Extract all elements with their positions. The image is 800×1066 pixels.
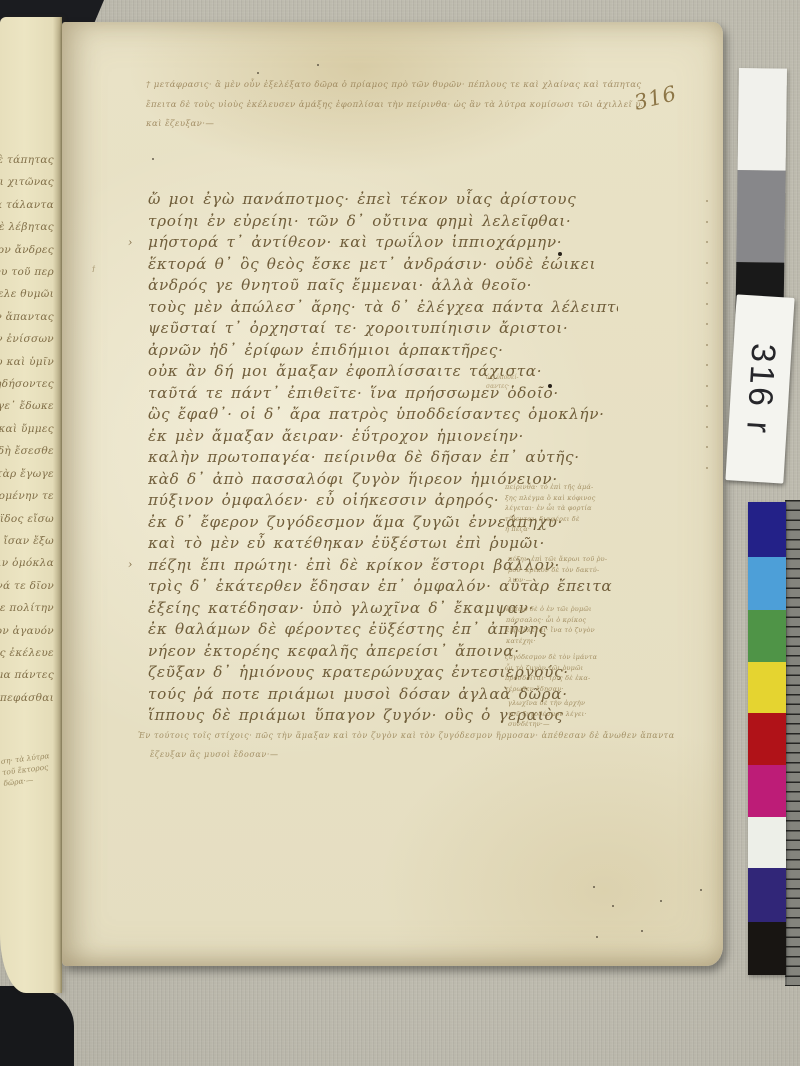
folio-label-text: 316 r [738,342,783,437]
folio-page: † μετάφρασις· ἃ μὲν οὖν ἐξελέξατο δῶρα ὁ… [62,22,723,966]
pricking-hole [706,385,708,387]
marginal-scholion: πέζηι· ἐπὶ τῶι ἄκρωι τοῦ ῥυ-μοῦ· κρίκον … [508,554,650,586]
text-line-fragment: δὲ τάπητας [0,149,54,171]
scholion-line: λιον·— [508,575,650,586]
marginal-scholion: πείρινθα· τὸ ἐπὶ τῆς ἁμά-ξης πλέγμα ὃ κα… [505,482,647,535]
text-line-fragment: ἤθελε θυμῶι [0,283,54,305]
bottom-scholia: Ἐν τούτοις τοῖς στίχοις· πῶς τὴν ἅμαξαν … [138,726,678,764]
header-scholia-line: † μετάφρασις· ἃ μὲν οὖν ἐξελέξατο δῶρα ὁ… [146,76,642,96]
pricking-hole [706,262,708,264]
verse-line: ἕκτορά θ᾽ ὃς θεὸς ἔσκε μετ᾽ ἀνδράσιν· οὐ… [148,254,618,276]
header-scholia: † μετάφρασις· ἃ μὲν οὖν ἐξελέξατο δῶρα ὁ… [146,76,646,135]
pricking-hole [706,467,708,469]
calibration-patch-magenta [748,765,786,817]
ink-speck [596,936,598,938]
text-line-fragment: σεσθε καὶ ὔμμες [0,418,54,440]
verse-line: καλὴν πρωτοπαγέα· πείρινθα δὲ δῆσαν ἐπ᾽ … [148,447,618,469]
scholion-line: ἐμβάλλεται· ἵνα τὸ ζυγὸν [506,625,648,636]
ink-dot [548,384,552,388]
text-line-fragment: κεραϊζομένην τε [0,485,54,507]
text-line-fragment: ἀγάθωνά τε δῖον [0,575,54,597]
side-note-line: ὡς ὑποδεί- [486,373,519,382]
text-line-fragment: οὐδέ νυ τοῦ περ [0,261,54,283]
pricking-hole [706,221,708,223]
ink-speck [660,900,662,902]
interlinear-side-note: ὡς ὑποδεί- σαντες· [486,373,519,391]
verse-line: μήστορά τ᾽ ἀντίθεον· καὶ τρωΐλον ἱππιοχά… [148,232,618,254]
text-line-fragment: αὐτὰρ ἔγωγε [0,463,54,485]
verse-line: ὤ μοι ἐγὼ πανάποτμος· ἐπεὶ τέκον υἷας ἀρ… [148,189,618,211]
scholion-line: κατέχηι· [506,636,648,647]
text-line-fragment: δὲ λέβητας [0,216,54,238]
verse-line: ἀνδρός γε θνητοῦ παῖς ἔμμεναι· ἀλλὰ θεοῖ… [148,275,618,297]
side-note-line: σαντες· [486,382,519,391]
scholion-line: ἕστωρ δὲ ὁ ἐν τῶι ῥυμῶι [506,604,648,615]
scholion-line: γλωχῖνα δὲ τὴν ἀρχὴν [508,698,650,709]
bottom-scholia-line: ἔζευξαν ἃς μυσοὶ ἔδοσαν·— [150,745,678,764]
calibration-patch-green [748,610,786,662]
text-line-fragment: ἄλγε᾽ ἔδωκε [0,395,54,417]
ink-speck [593,886,595,888]
pricking-hole [706,200,708,202]
calibration-patch-black [748,922,786,975]
calibration-patch-yellow [748,662,786,713]
text-line-fragment: οἳ δ᾽ ἴσαν ἔξω [0,530,54,552]
scholion-line: πάσσαλος· ὧι ὁ κρίκος [506,615,648,626]
text-line-fragment: κηδήσοντες [0,373,54,395]
calibration-patch-white [738,68,787,171]
bottom-scholia-line: Ἐν τούτοις τοῖς στίχοις· πῶς τὴν ἅμαξαν … [138,726,678,745]
text-line-fragment: υἱάσιν οἷσιν ὁμόκλα [0,552,54,574]
scholion-line: λέγεται· ἐν ὧι τὰ φορτία [505,503,647,514]
scholion-line: τοῦ ζυγοδέσμου λέγει· [508,709,650,720]
calibration-patch-gray [736,170,785,263]
quire-mark: ϯ [92,264,95,275]
pricking-hole [706,323,708,325]
pricking-hole [706,303,708,305]
verse-line: ὣς ἔφαθ᾽· οἱ δ᾽ ἄρα πατρὸς ὑποδδείσαντες… [148,404,618,426]
text-line-fragment: οὔ νυ καὶ ὑμῖν [0,351,54,373]
header-scholia-line: καὶ ἔζευξαν·— [146,115,642,135]
pricking-hole [706,405,708,407]
verse-line: τροίηι ἐν εὐρείηι· τῶν δ᾽ οὔτινα φημὶ λε… [148,211,618,233]
pricking-hole [706,426,708,428]
verse-line: ψεῦσταί τ᾽ ὀρχησταί τε· χοροιτυπίηισιν ἄ… [148,318,618,340]
ink-speck [317,64,319,66]
scholion-line: ἡ πέζα· [505,524,647,535]
marginal-scholion: ζυγόδεσμον δὲ τὸν ἱμάνταὧι τὸ ζυγὸν τῶι … [505,652,647,694]
manuscript-photo: δὲ τάπηταςτοῖσι χιτῶναςπάντα τάλανταδὲ λ… [0,0,800,1066]
calibration-patch-dark-blue [748,502,786,557]
margin-mark: › [128,236,132,249]
folio-label-tag: 316 r [725,294,794,483]
text-line-fragment: μὲν ἅπαντας [0,306,54,328]
previous-page-text: δὲ τάπηταςτοῖσι χιτῶναςπάντα τάλανταδὲ λ… [0,149,54,717]
text-line-fragment: βοὴν ἀγαθόν τε πολίτην [0,597,54,619]
scholion-line: πείρινθα· τὸ ἐπὶ τῆς ἁμά- [505,482,647,493]
scholion-line: τίθενται· διαφέρει δὲ [505,514,647,525]
binding-shadow-bottom [0,986,74,1066]
pricking-hole [706,344,708,346]
verse-line: καὶ τὸ μὲν εὖ κατέθηκαν ἐϋξέστωι ἐπὶ ῥυμ… [148,533,618,555]
ink-speck [152,158,154,160]
text-line-fragment: τοῖσι χιτῶνας [0,171,54,193]
scholion-line: πέζηι· ἐπὶ τῶι ἄκρωι τοῦ ῥυ- [508,554,650,565]
calibration-patch-indigo [748,868,786,922]
text-line-fragment: ὁμοκλήσας ἐκέλευε [0,642,54,664]
scholion-line: προσδεῖται· τρὶς δὲ ἑκα- [505,673,647,684]
text-line-fragment: θοῆις ἐπὶ νηυσὶ πεφάσθαι [0,687,54,709]
text-line-fragment: κατηφόνες· αἴθ᾽ ἅμα πάντες [0,664,54,686]
scholion-line: μοῦ· κρίκον δὲ τὸν δακτύ- [508,565,650,576]
text-line-fragment: σιν ἐνίσσων [0,328,54,350]
calibration-patch-red [748,713,786,765]
marginal-scholion: γλωχῖνα δὲ τὴν ἀρχὴντοῦ ζυγοδέσμου λέγει… [508,698,650,730]
ink-speck [700,889,702,891]
pricking-hole [706,446,708,448]
text-line-fragment: καὶ δῖον ἀγαυόν [0,620,54,642]
text-line-fragment: σιν δὴ ἔσεσθε [0,440,54,462]
pricking-hole [706,241,708,243]
pricking-hole [706,282,708,284]
previous-page-corner-note: ση· τὰ λύτρα τοῦ ἕκτορος δῶρα·— [0,750,53,789]
text-line-fragment: δόμον ἄϊδος εἴσω [0,508,54,530]
header-scholia-line: ἔπειτα δὲ τοὺς υἱοὺς ἐκέλευσεν ἁμάξης ἐφ… [146,96,642,116]
text-line-fragment: πάντα τάλαντα [0,194,54,216]
ink-dot [558,252,562,256]
margin-mark: › [128,558,132,571]
verse-line: οὐκ ἂν δή μοι ἄμαξαν ἐφοπλίσσαιτε τάχιστ… [148,361,618,383]
verse-line: τοὺς μὲν ἀπώλεσ᾽ ἄρης· τὰ δ᾽ ἐλέγχεα πάν… [148,297,618,319]
ruler-scale [785,500,800,986]
ink-speck [612,905,614,907]
calibration-patch-white [748,817,786,868]
ink-speck [641,930,643,932]
scholion-line: ζυγόδεσμον δὲ τὸν ἱμάντα [505,652,647,663]
scholion-line: ξης πλέγμα ὃ καὶ κόφινος [505,493,647,504]
text-line-fragment: πόρον ἄνδρες [0,239,54,261]
pricking-hole [706,364,708,366]
scholion-line: ὧι τὸ ζυγὸν τῶι ῥυμῶι [505,663,647,674]
calibration-patch-light-blue [748,557,786,610]
color-calibration-strip [748,502,786,975]
marginal-scholion: ἕστωρ δὲ ὁ ἐν τῶι ῥυμῶιπάσσαλος· ὧι ὁ κρ… [506,604,648,646]
ink-speck [257,72,259,74]
verse-line: ἀρνῶν ἠδ᾽ ἐρίφων ἐπιδήμιοι ἁρπακτῆρες· [148,340,618,362]
previous-page-edge: δὲ τάπηταςτοῖσι χιτῶναςπάντα τάλανταδὲ λ… [0,17,62,993]
scholion-line: τέρωθεν ἔδησαν· [505,684,647,695]
verse-line: ἐκ μὲν ἄμαξαν ἄειραν· ἐΰτροχον ἡμιονείην… [148,426,618,448]
